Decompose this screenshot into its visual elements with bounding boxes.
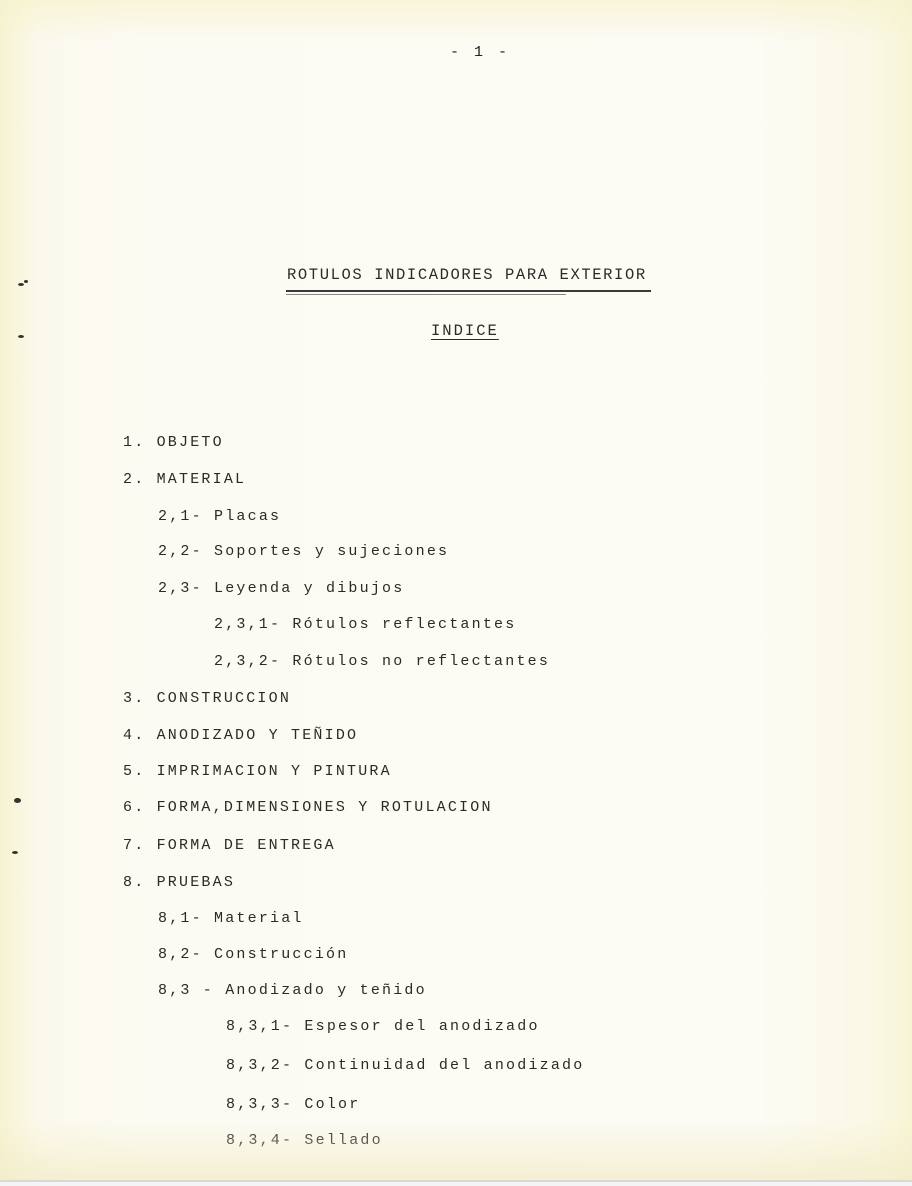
toc-item: 2. MATERIAL bbox=[123, 471, 246, 489]
toc-item: 6. FORMA,DIMENSIONES Y ROTULACION bbox=[123, 799, 493, 817]
toc-item: 8,3,1- Espesor del anodizado bbox=[226, 1018, 540, 1036]
scan-speck bbox=[14, 798, 21, 803]
scan-speck bbox=[18, 335, 24, 338]
toc-item: 1. OBJETO bbox=[123, 434, 224, 452]
index-heading: INDICE bbox=[431, 322, 499, 340]
toc-item: 8,1- Material bbox=[158, 910, 304, 928]
title-underline-secondary bbox=[286, 294, 566, 295]
toc-item: 8,3,3- Color bbox=[226, 1096, 360, 1114]
scan-speck bbox=[12, 851, 18, 854]
toc-item: 2,1- Placas bbox=[158, 508, 281, 526]
document-page: - 1 - ROTULOS INDICADORES PARA EXTERIOR … bbox=[0, 0, 912, 1182]
page-number: - 1 - bbox=[450, 44, 510, 62]
toc-item: 8. PRUEBAS bbox=[123, 874, 235, 892]
toc-item: 7. FORMA DE ENTREGA bbox=[123, 837, 336, 855]
document-title: ROTULOS INDICADORES PARA EXTERIOR bbox=[287, 266, 647, 284]
toc-item: 2,3,2- Rótulos no reflectantes bbox=[214, 653, 550, 671]
scan-speck bbox=[18, 283, 24, 286]
toc-item: 4. ANODIZADO Y TEÑIDO bbox=[123, 727, 358, 745]
toc-item: 2,2- Soportes y sujeciones bbox=[158, 543, 449, 561]
toc-item: 5. IMPRIMACION Y PINTURA bbox=[123, 763, 392, 781]
toc-item: 8,2- Construcción bbox=[158, 946, 348, 964]
toc-item: 2,3- Leyenda y dibujos bbox=[158, 580, 404, 598]
toc-item: 8,3,2- Continuidad del anodizado bbox=[226, 1057, 584, 1075]
toc-item: 2,3,1- Rótulos reflectantes bbox=[214, 616, 516, 634]
toc-item: 3. CONSTRUCCION bbox=[123, 690, 291, 708]
title-underline bbox=[286, 290, 651, 292]
toc-item: 8,3,4- Sellado bbox=[226, 1132, 383, 1150]
toc-item: 8,3 - Anodizado y teñido bbox=[158, 982, 427, 1000]
scan-speck bbox=[24, 280, 28, 283]
